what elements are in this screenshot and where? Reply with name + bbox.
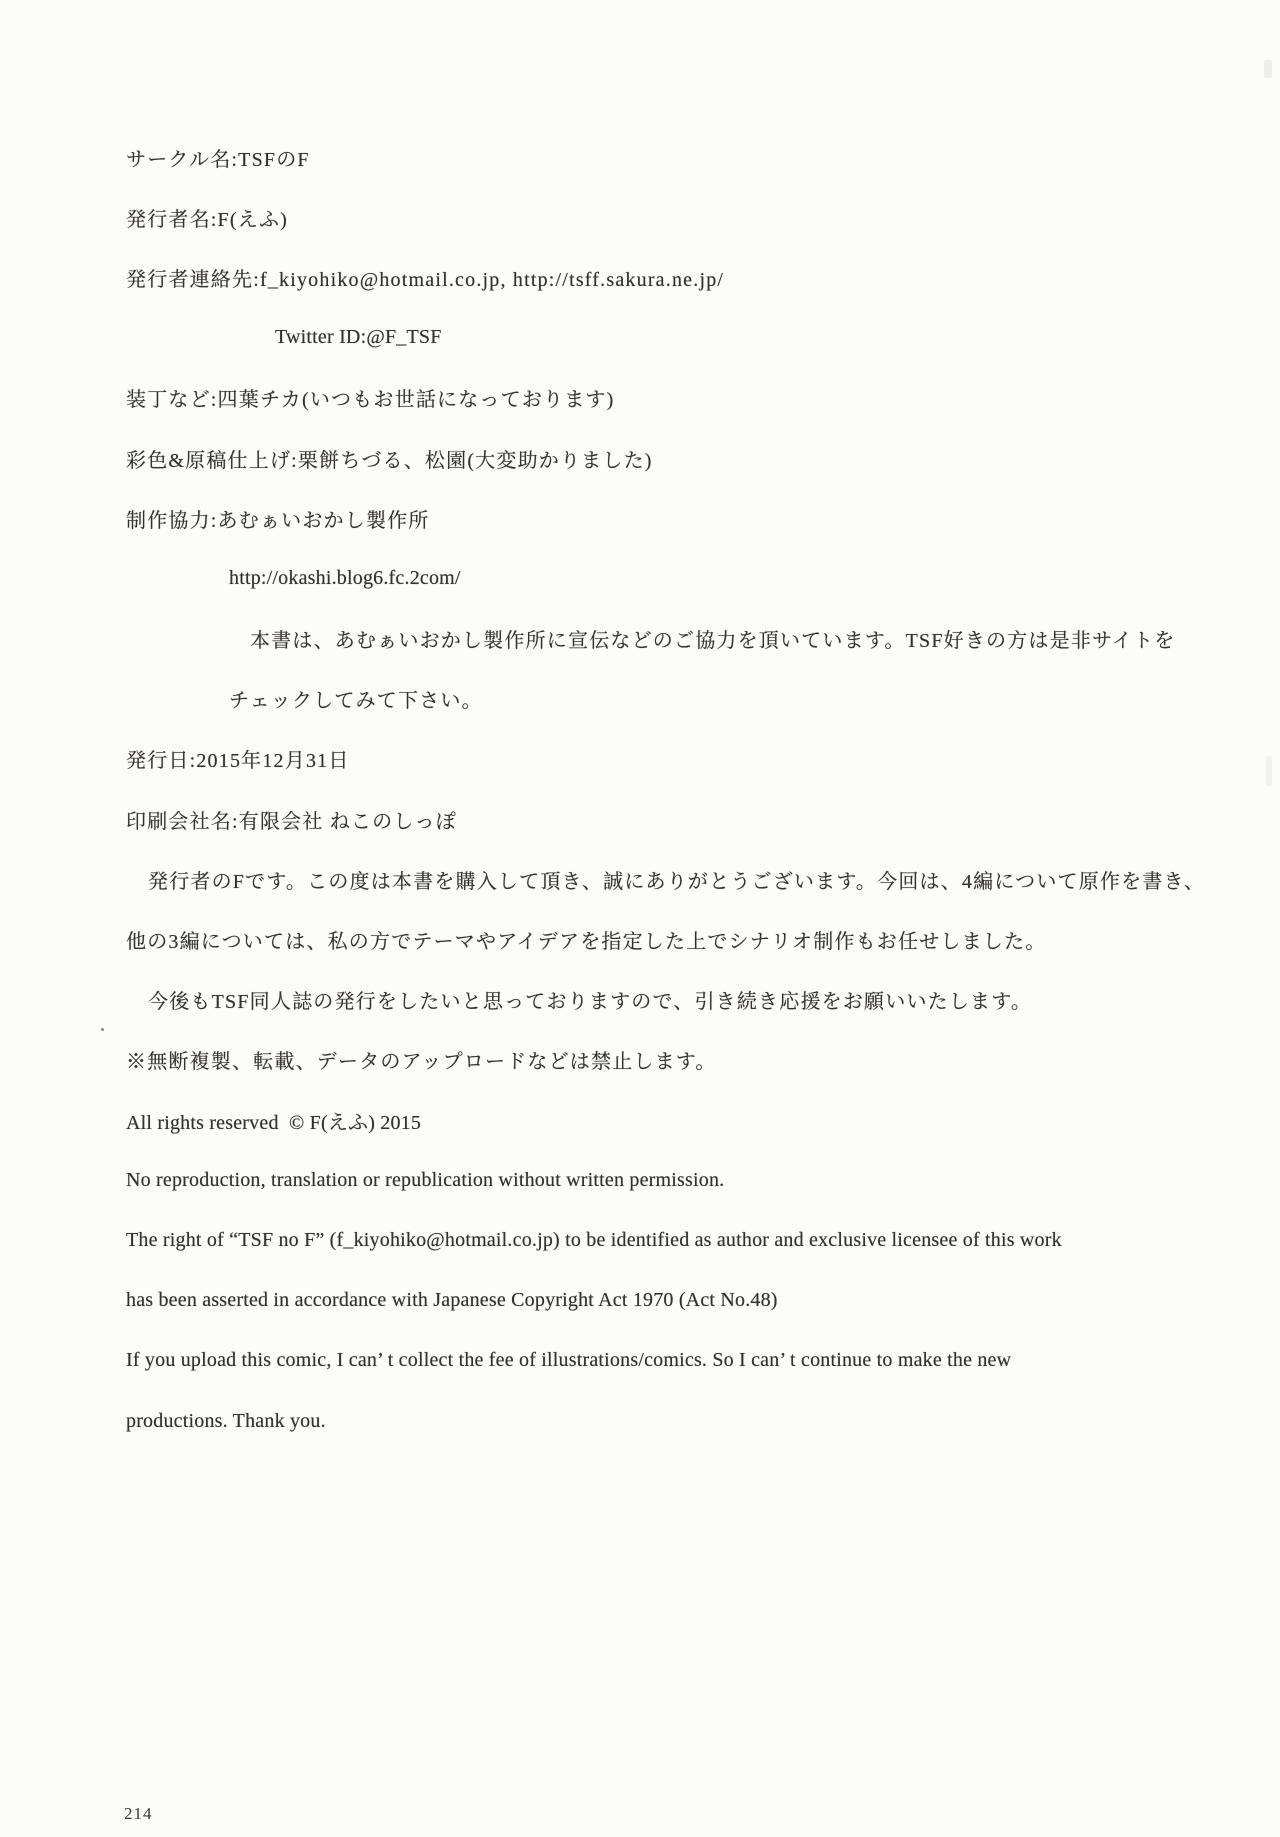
colophon-line: 制作協力:あむぁいおかし製作所 [0,488,1280,548]
colophon-line: Twitter ID:@F_TSF [0,308,1280,368]
colophon-line: http://okashi.blog6.fc.2com/ [0,548,1280,608]
colophon-line: ※無断複製、転載、データのアップロードなどは禁止します。 [0,1030,1280,1090]
page-number: 214 [124,1804,153,1824]
scanned-colophon-page: サークル名:TSFのF発行者名:F(えふ)発行者連絡先:f_kiyohiko@h… [0,0,1280,1837]
colophon-line: If you upload this comic, I can’ t colle… [0,1331,1280,1391]
colophon-line: チェックしてみて下さい。 [0,669,1280,729]
colophon-line: has been asserted in accordance with Jap… [0,1271,1280,1331]
colophon: サークル名:TSFのF発行者名:F(えふ)発行者連絡先:f_kiyohiko@h… [0,127,1280,1451]
colophon-line: 発行者のFです。この度は本書を購入して頂き、誠にありがとうございます。今回は、4… [0,849,1280,909]
colophon-line: 発行者名:F(えふ) [0,187,1280,247]
colophon-line: 印刷会社名:有限会社 ねこのしっぽ [0,789,1280,849]
colophon-line: No reproduction, translation or republic… [0,1150,1280,1210]
colophon-line: 他の3編については、私の方でテーマやアイデアを指定した上でシナリオ制作もお任せし… [0,909,1280,969]
colophon-line: 発行日:2015年12月31日 [0,729,1280,789]
colophon-line: All rights reserved © F(えふ) 2015 [0,1090,1280,1150]
colophon-line: 発行者連絡先:f_kiyohiko@hotmail.co.jp, http://… [0,247,1280,307]
colophon-line: サークル名:TSFのF [0,127,1280,187]
colophon-line: productions. Thank you. [0,1391,1280,1451]
colophon-line: 本書は、あむぁいおかし製作所に宣伝などのご協力を頂いています。TSF好きの方は是… [0,609,1280,669]
colophon-line: The right of “TSF no F” (f_kiyohiko@hotm… [0,1210,1280,1270]
colophon-line: 今後もTSF同人誌の発行をしたいと思っておりますので、引き続き応援をお願いいたし… [0,970,1280,1030]
scan-artifact [1264,60,1272,78]
colophon-line: 装丁など:四葉チカ(いつもお世話になっております) [0,368,1280,428]
colophon-line: 彩色&原稿仕上げ:栗餅ちづる、松園(大変助かりました) [0,428,1280,488]
